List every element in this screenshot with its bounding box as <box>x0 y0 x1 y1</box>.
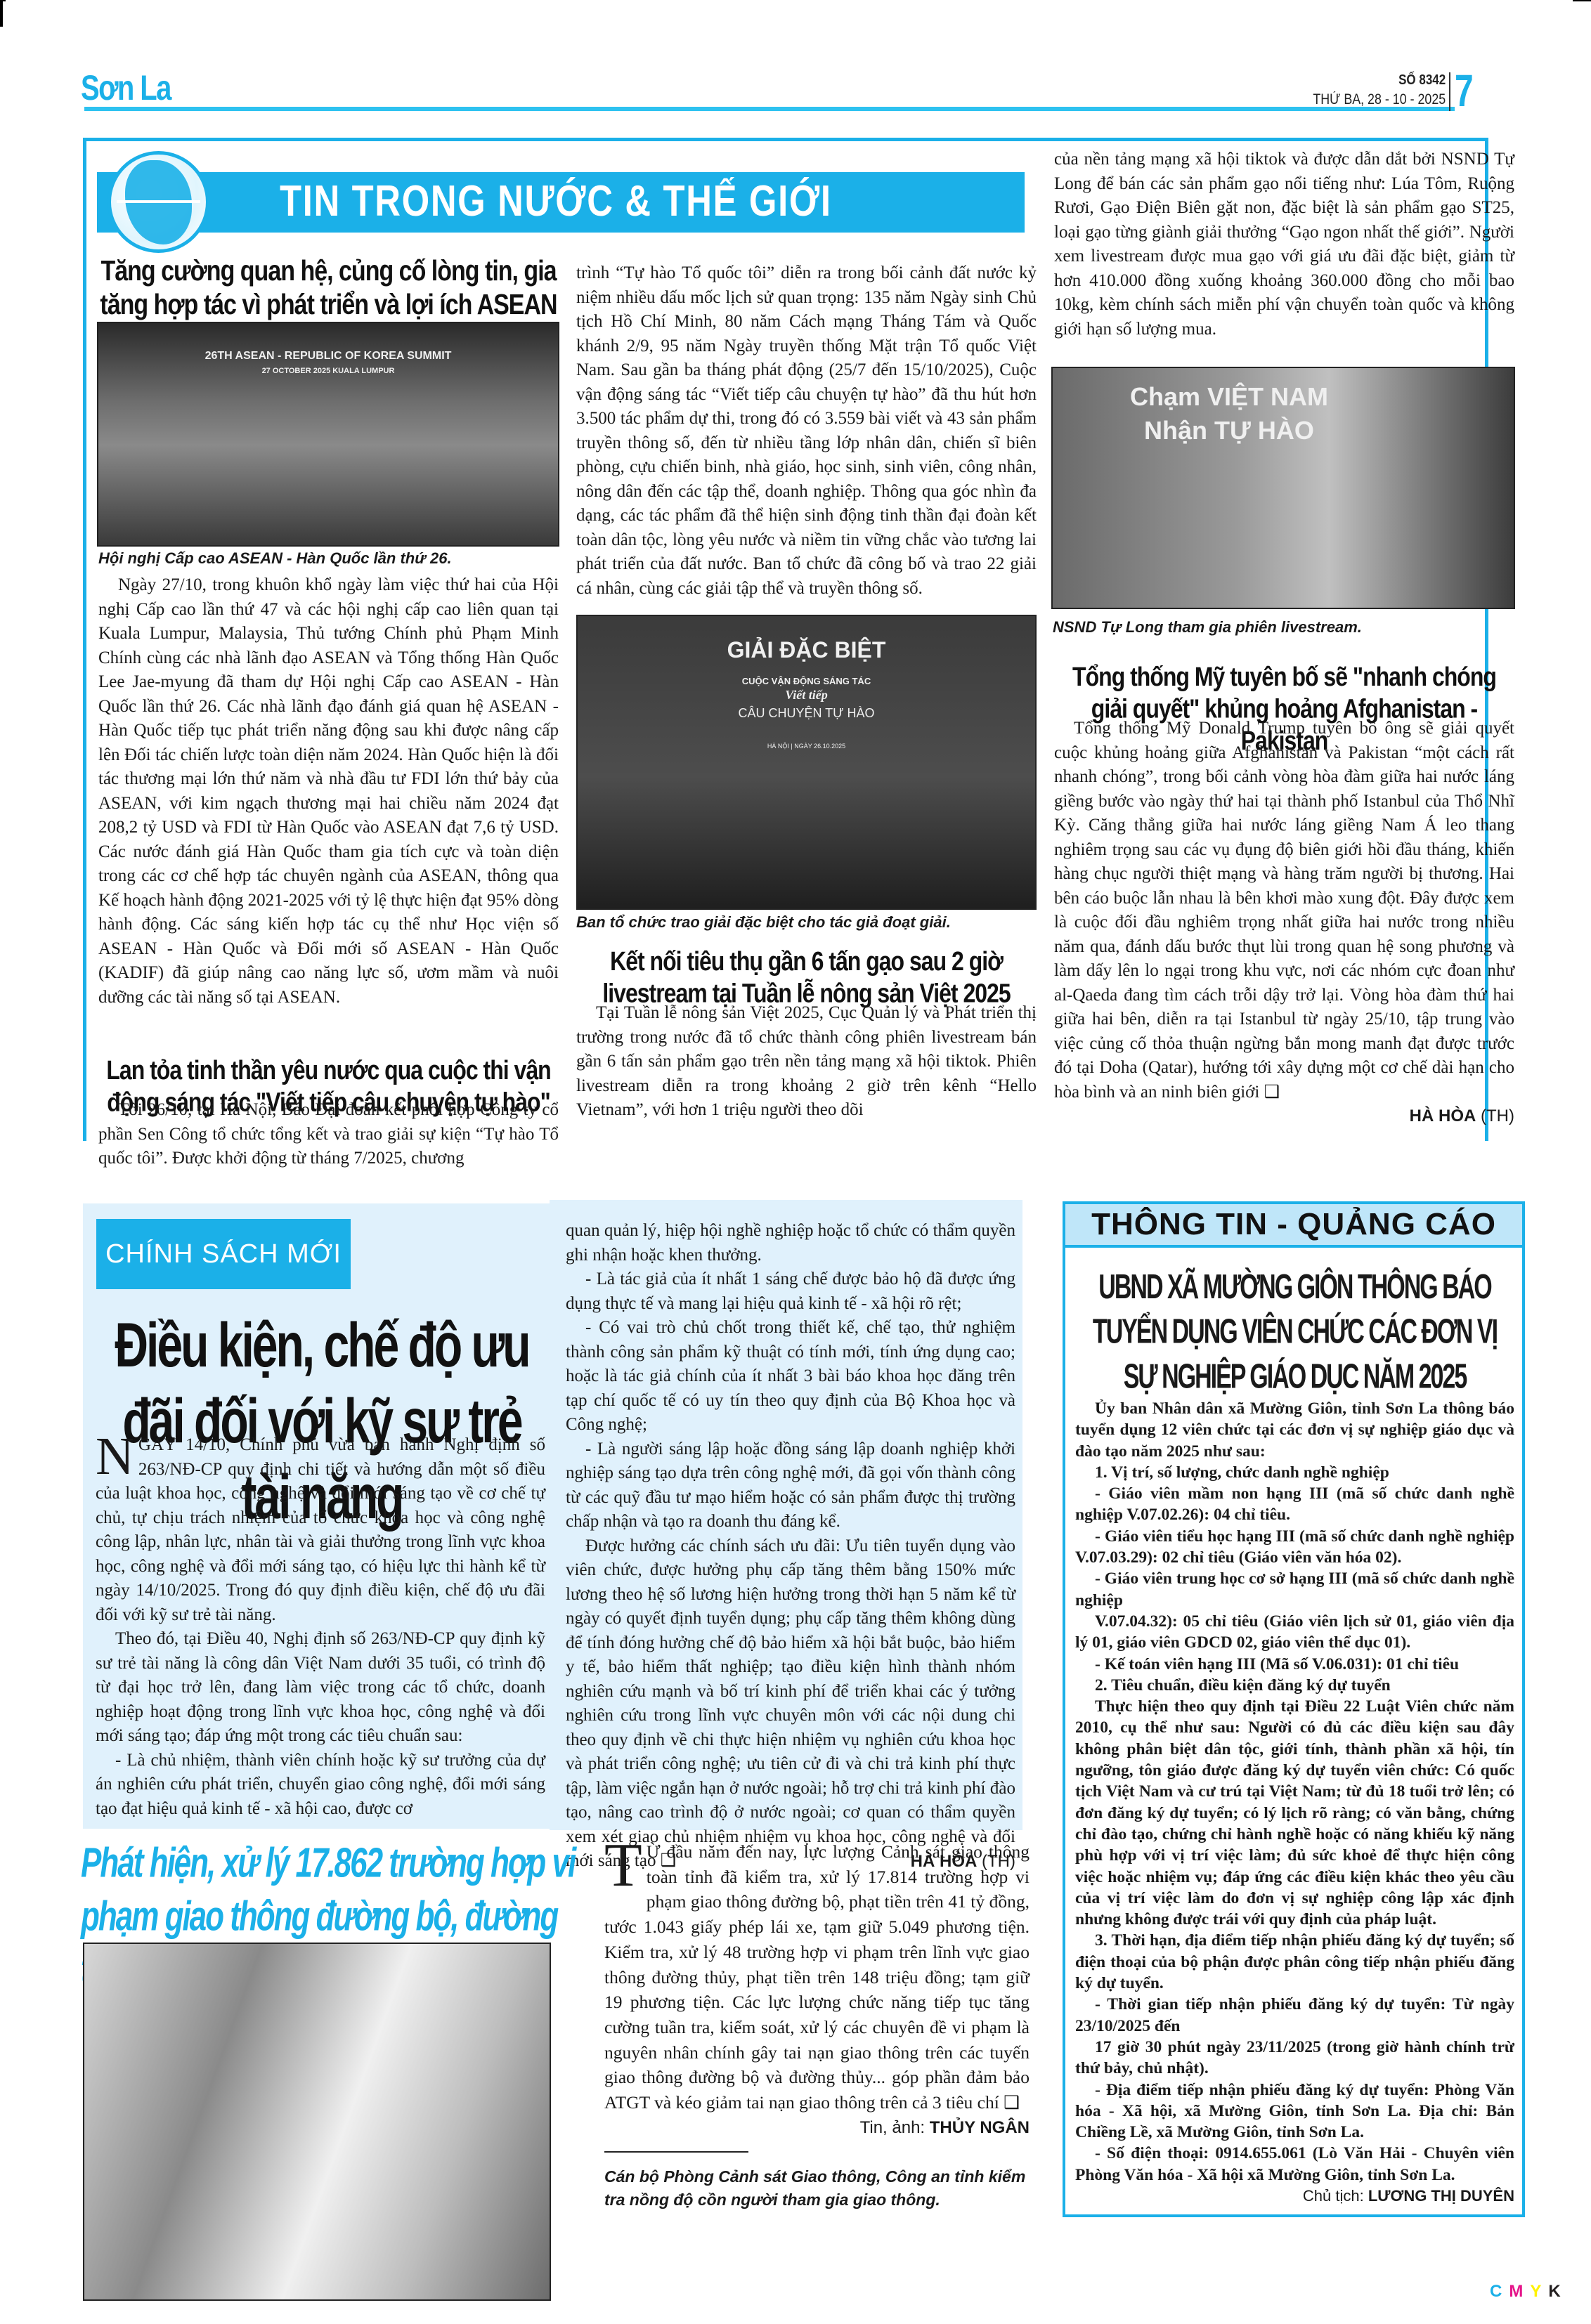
policy-paragraph: Được hưởng các chính sách ưu đãi: Ưu tiê… <box>566 1534 1015 1874</box>
publication-brand: Sơn La <box>81 67 171 108</box>
caption-rule <box>604 2151 748 2153</box>
advert-paragraph: - Số điện thoại: 0914.655.061 (Lò Văn Hả… <box>1075 2143 1514 2186</box>
page-number-divider <box>1449 72 1450 111</box>
asean-summit-photo: 26TH ASEAN - REPUBLIC OF KOREA SUMMIT 27… <box>97 322 559 547</box>
trump-article: Tổng thống Mỹ Donald Trump tuyên bố ông … <box>1054 717 1514 1129</box>
photo-award-sub2: CÂU CHUYỆN TỰ HÀO <box>578 706 1035 721</box>
patriotism-body-start: Tối 26/10, tại Hà Nội, Báo Đại đoàn kết … <box>98 1098 559 1171</box>
photo-livestream-text2: Nhận TỰ HÀO <box>1144 416 1515 445</box>
asean-photo-caption: Hội nghị Cấp cao ASEAN - Hàn Quốc lần th… <box>98 549 452 568</box>
policy-paragraph: - Có vai trò chủ chốt trong thiết kế, ch… <box>566 1316 1015 1437</box>
section-title: TIN TRONG NƯỚC & THẾ GIỚI <box>280 176 832 226</box>
advert-paragraph: Thực hiện theo quy định tại Điều 22 Luật… <box>1075 1696 1514 1930</box>
policy-paragraph: - Là tác giả của ít nhất 1 sáng chế được… <box>566 1267 1015 1316</box>
trump-body: Tổng thống Mỹ Donald Trump tuyên bố ông … <box>1054 717 1514 1104</box>
policy-paragraph: - Là chủ nhiệm, thành viên chính hoặc kỹ… <box>96 1749 545 1822</box>
advert-paragraph: Ủy ban Nhân dân xã Mường Giôn, tỉnh Sơn … <box>1075 1398 1514 1462</box>
advert-paragraph: - Kế toán viên hạng III (Mã số V.06.031)… <box>1075 1654 1514 1675</box>
advert-body: Ủy ban Nhân dân xã Mường Giôn, tỉnh Sơn … <box>1075 1398 1514 2207</box>
policy-paragraph: - Là người sáng lập hoặc đồng sáng lập d… <box>566 1437 1015 1534</box>
photo-award-sub1: CUỘC VẬN ĐỘNG SÁNG TÁC <box>578 676 1035 686</box>
asean-body: Ngày 27/10, trong khuôn khổ ngày làm việ… <box>98 573 559 1010</box>
signer-title: Chủ tịch: <box>1303 2187 1368 2205</box>
advert-section-header: THÔNG TIN - QUẢNG CÁO <box>1063 1201 1525 1248</box>
yellow-mark: Y <box>1530 2282 1548 2301</box>
livestream-photo-caption: NSND Tự Long tham gia phiên livestream. <box>1053 618 1362 637</box>
dropcap: T <box>604 1841 647 1891</box>
policy-section-tag: CHÍNH SÁCH MỚI <box>96 1219 351 1289</box>
advert-title: UBND XÃ MƯỜNG GIÔN THÔNG BÁO TUYỂN DỤNG … <box>1075 1265 1514 1399</box>
crop-mark <box>0 0 6 1</box>
photo-award-place: HÀ NỘI | NGÀY 26.10.2025 <box>578 743 1035 750</box>
advert-paragraph: - Địa điểm tiếp nhận phiếu đăng ký dự tu… <box>1075 2080 1514 2143</box>
photo-award-script: Viết tiếp <box>578 688 1035 703</box>
advert-paragraph: 1. Vị trí, số lượng, chức danh nghề nghi… <box>1075 1462 1514 1483</box>
issue-number: SỐ 8342 <box>1313 72 1446 89</box>
masthead-rule <box>84 107 1455 111</box>
advert-paragraph: 17 giờ 30 phút ngày 23/11/2025 (trong gi… <box>1075 2037 1514 2080</box>
rice-body-continued: của nền tảng mạng xã hội tiktok và được … <box>1054 148 1514 341</box>
rice-headline: Kết nối tiêu thụ gần 6 tấn gạo sau 2 giờ… <box>576 945 1037 1009</box>
author-name: HÀ HÒA <box>1410 1106 1476 1125</box>
photo-award-title: GIẢI ĐẶC BIỆT <box>578 637 1035 663</box>
advert-paragraph: 3. Thời hạn, địa điểm tiếp nhận phiếu đă… <box>1075 1930 1514 1994</box>
advert-paragraph: 2. Tiêu chuẩn, điều kiện đăng ký dự tuyể… <box>1075 1675 1514 1696</box>
crop-mark <box>1573 0 1591 1</box>
livestream-photo: Chạm VIỆT NAM Nhận TỰ HÀO <box>1051 367 1515 609</box>
photo-banner-text: 26TH ASEAN - REPUBLIC OF KOREA SUMMIT <box>98 350 558 363</box>
advert-paragraph: - Giáo viên mầm non hạng III (mã số chức… <box>1075 1483 1514 1526</box>
author-suffix: (TH) <box>1476 1106 1514 1125</box>
traffic-byline: Tin, ảnh: THỦY NGÂN <box>604 2115 1030 2141</box>
patriotism-body-continued: trình “Tự hào Tổ quốc tôi” diễn ra trong… <box>576 261 1037 601</box>
page-number: 7 <box>1455 65 1474 117</box>
signer-name: LƯƠNG THỊ DUYÊN <box>1368 2187 1514 2205</box>
globe-icon <box>108 151 209 253</box>
byline-prefix: Tin, ảnh: <box>860 2118 930 2137</box>
crop-mark <box>0 0 3 27</box>
cyan-mark: C <box>1490 2282 1509 2301</box>
traffic-police-photo <box>83 1943 551 2301</box>
policy-body-col1: NGÀY 14/10, Chính phủ vừa ban hành Nghị … <box>96 1433 545 1821</box>
photo-banner-subtext: 27 OCTOBER 2025 KUALA LUMPUR <box>98 367 558 375</box>
black-mark: K <box>1548 2282 1567 2301</box>
advert-signature: Chủ tịch: LƯƠNG THỊ DUYÊN <box>1075 2186 1514 2207</box>
cmyk-print-mark: CMYK <box>1490 2282 1568 2302</box>
award-ceremony-photo: GIẢI ĐẶC BIỆT CUỘC VẬN ĐỘNG SÁNG TÁC Viế… <box>576 615 1037 910</box>
policy-intro: GÀY 14/10, Chính phủ vừa ban hành Nghị đ… <box>96 1435 545 1624</box>
issue-info: SỐ 8342 THỨ BA, 28 - 10 - 2025 <box>1290 72 1446 108</box>
dropcap: N <box>96 1435 138 1478</box>
advert-paragraph: V.07.04.32): 05 chỉ tiêu (Giáo viên lịch… <box>1075 1611 1514 1654</box>
advert-paragraph: - Giáo viên trung học cơ sở hạng III (mã… <box>1075 1568 1514 1611</box>
author-name: THỦY NGÂN <box>930 2118 1030 2137</box>
advert-paragraph: - Thời gian tiếp nhận phiếu đăng ký dự t… <box>1075 1994 1514 2037</box>
trump-byline: HÀ HÒA (TH) <box>1054 1104 1514 1129</box>
traffic-article: TỪ đầu năm đến nay, lực lượng Cảnh sát g… <box>604 1839 1030 2140</box>
traffic-photo-caption: Cán bộ Phòng Cảnh sát Giao thông, Công a… <box>604 2165 1030 2212</box>
section-banner: TIN TRONG NƯỚC & THẾ GIỚI <box>97 151 1025 256</box>
policy-body-col2: quan quản lý, hiệp hội nghề nghiệp hoặc … <box>566 1219 1015 1874</box>
advert-paragraph: - Giáo viên tiểu học hạng III (mã số chứ… <box>1075 1526 1514 1569</box>
issue-date: THỨ BA, 28 - 10 - 2025 <box>1313 91 1446 108</box>
magenta-mark: M <box>1509 2282 1530 2301</box>
award-photo-caption: Ban tổ chức trao giải đặc biệt cho tác g… <box>576 913 951 932</box>
policy-paragraph: quan quản lý, hiệp hội nghề nghiệp hoặc … <box>566 1219 1015 1267</box>
photo-livestream-text1: Chạm VIỆT NAM <box>1130 382 1515 412</box>
traffic-body: Ừ đầu năm đến nay, lực lượng Cảnh sát gi… <box>604 1841 1030 2113</box>
rice-body-start: Tại Tuần lễ nông sản Việt 2025, Cục Quản… <box>576 1001 1037 1123</box>
policy-paragraph: Theo đó, tại Điều 40, Nghị định số 263/N… <box>96 1627 545 1749</box>
